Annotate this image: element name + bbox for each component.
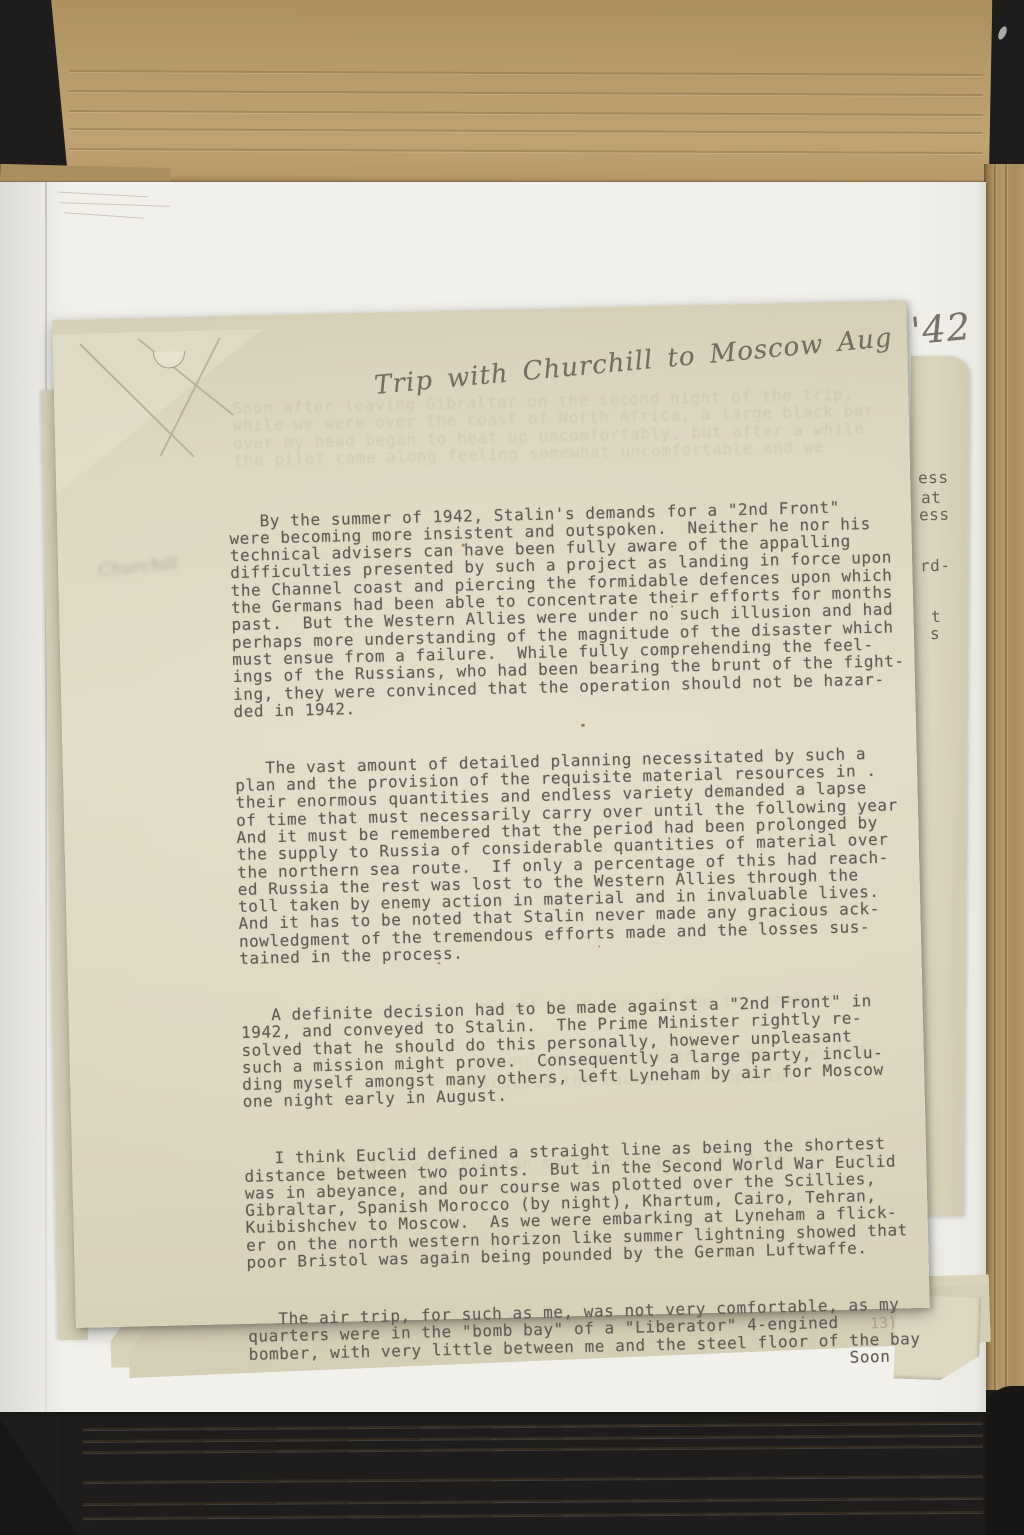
background-corner [986,1386,1024,1535]
cardboard-crease [83,1511,983,1519]
typed-text-block: By the summer of 1942, Stalin's demands … [228,462,950,1420]
photograph-of-archival-document: { "colors": { "background": "#1e1d1b", "… [0,0,1024,1535]
cardboard-crease [69,128,983,134]
foxing-spot [648,821,651,824]
folder-bottom-flap [64,1399,993,1535]
cardboard-crease [69,70,983,76]
cardboard-crease [82,1434,982,1442]
typed-document-page: Soon after leaving Gibraltar on the seco… [52,300,930,1328]
paragraph: The vast amount of detailed planning nec… [235,743,940,967]
cardboard-crease [83,1497,983,1505]
cutoff-text-fragment: s [930,624,941,643]
handwritten-title-year: '42 [909,305,973,353]
sheet-edge-line [58,192,148,198]
foxing-spot [521,1009,523,1011]
cardboard-crease [82,1422,982,1430]
bleed-through-text: Soon after leaving Gibraltar on the seco… [232,385,875,469]
cutoff-text-fragment: ess [918,468,949,488]
foxing-spot [671,606,673,608]
cutoff-text-fragment: ess [919,505,950,525]
cardboard-crease [994,164,996,1390]
cardboard-crease [69,148,983,154]
faint-margin-scribble: Churchill [97,551,208,581]
cardboard-crease [82,1445,982,1453]
small-reflection-mark [996,25,1008,41]
foxing-spot [462,544,465,547]
paragraph: By the summer of 1942, Stalin's demands … [229,496,934,720]
cardboard-crease [83,1475,983,1483]
cardboard-crease [69,110,983,116]
folder-top-flap [50,0,993,186]
cutoff-text-fragment: rd- [920,556,951,576]
sheet-edge-line [60,202,170,207]
paragraph: The air trip, for such as me, was not ve… [248,1294,949,1380]
foxing-spot [437,962,440,964]
cardboard-crease [1005,164,1007,1390]
folder-right-spine [984,164,1024,1390]
cardboard-crease [69,90,983,96]
foxing-spot [598,945,600,947]
sheet-edge-line [64,212,144,219]
paragraph: I think Euclid defined a straight line a… [244,1134,947,1272]
paragraph: A definite decision had to be made again… [240,990,942,1110]
page-gutter-fold [45,182,47,1412]
